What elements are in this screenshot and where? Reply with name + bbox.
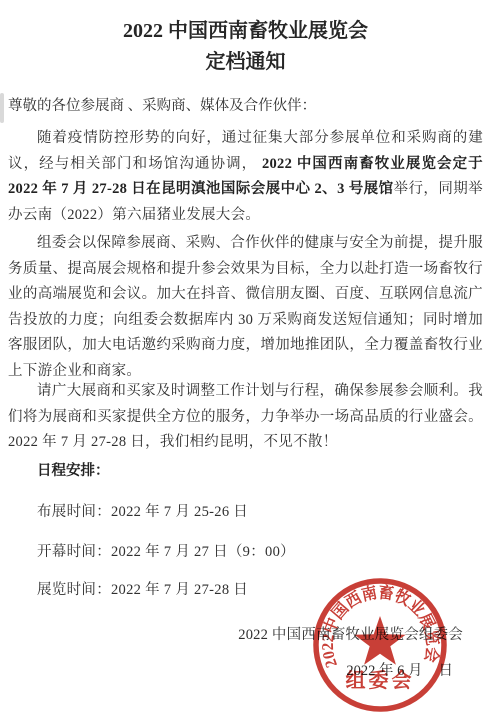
stamp-graphic: 2022中国西南畜牧业展览会 组委会 [309,574,451,716]
notice-document: 2022 中国西南畜牧业展览会 定档通知 尊敬的各位参展商 、采购商、媒体及合作… [0,0,491,727]
schedule-item-setup-time: 布展时间：2022 年 7 月 25-26 日 [8,500,483,521]
document-title: 2022 中国西南畜牧业展览会 [8,17,483,45]
document-subtitle: 定档通知 [8,48,483,76]
paragraph-reschedule: 随着疫情防控形势的向好，通过征集大部分参展单位和采购商的建议，经与相关部门和场馆… [8,126,483,228]
greeting-line: 尊敬的各位参展商 、采购商、媒体及合作伙伴： [8,94,483,119]
scan-edge-artifact [0,93,4,123]
stamp-center-text: 组委会 [346,668,415,692]
paragraph-measures: 组委会以保障参展商、采购、合作伙伴的健康与安全为前提，提升服务质量、提高展会规格… [8,231,483,384]
paragraph-invitation: 请广大展商和买家及时调整工作计划与行程，确保参展参会顺利。我们将为展商和买家提供… [8,379,483,456]
schedule-item-opening-time: 开幕时间：2022 年 7 月 27 日（9：00） [8,540,483,561]
schedule-heading: 日程安排： [8,459,483,480]
stamp-star-icon [354,616,405,665]
official-stamp: 2022中国西南畜牧业展览会 组委会 [309,574,451,716]
